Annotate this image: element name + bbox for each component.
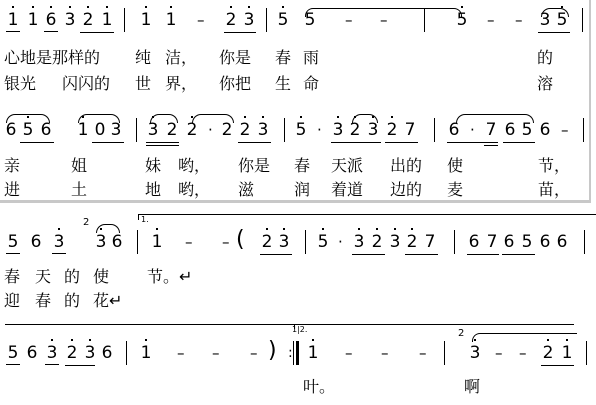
note: 6 xyxy=(25,343,39,363)
note: 6 xyxy=(467,232,481,252)
note: 5 xyxy=(276,10,290,30)
dot: · xyxy=(470,120,475,140)
barline xyxy=(124,8,125,32)
note: 6 xyxy=(110,232,124,252)
note: 5 xyxy=(520,120,534,140)
volta-2-label: 1|2. xyxy=(292,325,307,334)
note: 2 xyxy=(385,120,399,140)
note: 6 xyxy=(100,343,114,363)
note: 6 xyxy=(4,120,18,140)
note: 5 xyxy=(316,232,330,252)
note: 6 xyxy=(538,232,552,252)
note: 7 xyxy=(423,232,437,252)
dash: – xyxy=(212,343,220,363)
dash: – xyxy=(222,232,230,252)
volta-1-line-continued xyxy=(5,324,295,325)
note: 2 xyxy=(348,120,362,140)
note: 1 xyxy=(306,343,320,363)
note: 3 xyxy=(366,120,380,140)
barline xyxy=(444,341,445,365)
note: 6 xyxy=(44,10,58,30)
note: 3 xyxy=(277,232,291,252)
note: 2 xyxy=(165,120,179,140)
score-line-1: 1 1 6 3 2 1 1 1 – 2 3 5 5 – – 5 – – 3 5 xyxy=(0,10,596,34)
barline xyxy=(284,118,285,142)
dot: · xyxy=(338,232,343,252)
note: 3 xyxy=(256,120,270,140)
barline xyxy=(137,230,138,254)
note: 2 xyxy=(81,10,95,30)
note: 3 xyxy=(63,10,77,30)
repeat-barline-thin xyxy=(293,341,294,365)
note: 3 xyxy=(109,120,123,140)
note: 3 xyxy=(83,343,97,363)
note: 1 xyxy=(139,343,153,363)
note: 3 xyxy=(388,232,402,252)
note: 5 xyxy=(303,10,317,30)
barline xyxy=(582,8,583,32)
dash: – xyxy=(197,10,205,30)
note: 5 xyxy=(21,120,35,140)
note: 1 xyxy=(100,10,114,30)
note: 2 xyxy=(370,232,384,252)
note: 3 xyxy=(146,120,160,140)
repeat-barline-thick xyxy=(296,341,299,365)
note: 6 xyxy=(39,120,53,140)
dash: – xyxy=(381,343,389,363)
note: 5 xyxy=(6,343,20,363)
repeat-dots: : xyxy=(288,345,293,361)
paren-open: ( xyxy=(236,229,245,251)
note: 1 xyxy=(26,10,40,30)
note: 1 xyxy=(76,120,90,140)
note: 2 xyxy=(220,120,234,140)
barline xyxy=(266,8,267,32)
note: 1 xyxy=(139,10,153,30)
note: 0 xyxy=(93,120,107,140)
note: 2 xyxy=(541,343,555,363)
barline xyxy=(424,8,425,32)
note: 1 xyxy=(560,343,574,363)
note: 5 xyxy=(520,232,534,252)
note: 5 xyxy=(455,10,469,30)
volta-1-line xyxy=(138,214,596,215)
note: 3 xyxy=(352,232,366,252)
note: 2 xyxy=(260,232,274,252)
note: 3 xyxy=(538,10,552,30)
note: 1 xyxy=(164,10,178,30)
barline xyxy=(454,230,455,254)
note: 5 xyxy=(555,10,569,30)
note: 6 xyxy=(503,120,517,140)
score-line-3: 5 6 3 2 3 6 1 – – ( 2 3 5 · 3 2 3 2 7 6 … xyxy=(0,232,596,256)
score-line-4: 5 6 3 2 3 6 1 – – – ) : 1 – – – 2 3 – – … xyxy=(0,343,596,367)
dash: – xyxy=(419,343,427,363)
note: 1 xyxy=(6,10,20,30)
note: 6 xyxy=(555,232,569,252)
volta-2-line xyxy=(294,324,574,325)
dash: – xyxy=(345,343,353,363)
dash: – xyxy=(495,343,503,363)
volta-1-label: 1. xyxy=(141,215,149,224)
note: 3 xyxy=(468,343,482,363)
dash: – xyxy=(250,343,258,363)
dot: · xyxy=(208,120,213,140)
note: 2 xyxy=(405,232,419,252)
note: 3 xyxy=(94,232,108,252)
note: 7 xyxy=(484,120,498,140)
note: 6 xyxy=(502,232,516,252)
barline xyxy=(434,118,435,142)
note: 7 xyxy=(403,120,417,140)
dash: – xyxy=(561,120,569,140)
note: 3 xyxy=(242,10,256,30)
dash: – xyxy=(519,343,527,363)
note: 2 xyxy=(224,10,238,30)
note: 2 xyxy=(65,343,79,363)
note: 6 xyxy=(538,120,552,140)
note: 2 xyxy=(238,120,252,140)
note: 1 xyxy=(150,232,164,252)
barline xyxy=(305,230,306,254)
note: 7 xyxy=(485,232,499,252)
note: 3 xyxy=(45,343,59,363)
dash: – xyxy=(515,10,523,30)
dash: – xyxy=(345,10,353,30)
grace-note: 2 xyxy=(83,218,89,228)
barline xyxy=(586,341,587,365)
dash: – xyxy=(177,343,185,363)
note: 6 xyxy=(447,120,461,140)
dash: – xyxy=(487,10,495,30)
barline xyxy=(584,230,585,254)
note: 5 xyxy=(6,232,20,252)
note: 2 xyxy=(185,120,199,140)
barline xyxy=(136,118,137,142)
note: 3 xyxy=(331,120,345,140)
barline xyxy=(126,341,127,365)
dot: · xyxy=(317,120,322,140)
barline xyxy=(583,118,584,142)
note: 5 xyxy=(294,120,308,140)
grace-note: 2 xyxy=(458,329,464,339)
dash: – xyxy=(380,10,388,30)
paren-close: ) xyxy=(268,340,277,362)
note: 6 xyxy=(29,232,43,252)
note: 3 xyxy=(52,232,66,252)
dash: – xyxy=(185,232,193,252)
score-line-2: 6 5 6 1 0 3 3 2 2 · 2 2 3 5 · 3 2 3 2 7 … xyxy=(0,120,596,144)
